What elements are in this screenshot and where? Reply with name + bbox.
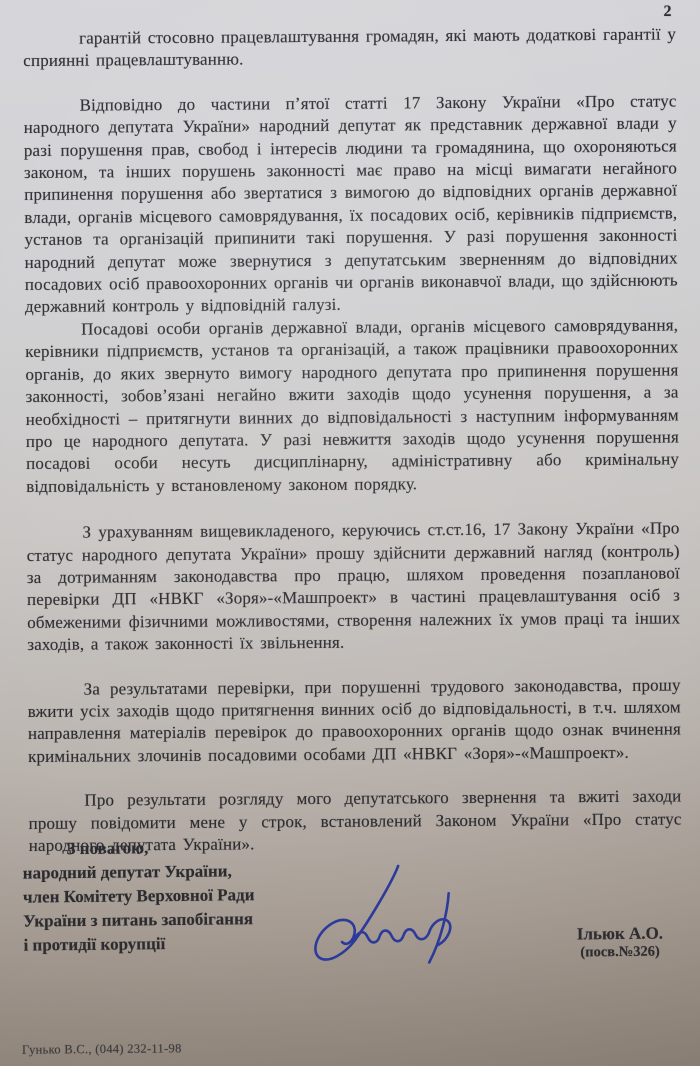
- handwritten-signature: [295, 853, 501, 988]
- paragraph: гарантій стосовно працевлаштування грома…: [23, 23, 676, 72]
- paragraph: Посадові особи органів державної влади, …: [25, 314, 679, 498]
- paragraph: З урахуванням вищевикладеного, керуючись…: [26, 518, 680, 657]
- letter-body: гарантій стосовно працевлаштування грома…: [23, 23, 682, 857]
- closing-block: З повагою, народний депутат України, чле…: [22, 834, 323, 957]
- signer-identity: Ільюк А.О. (посв.№326): [560, 923, 680, 961]
- signer-name: Ільюк А.О.: [560, 923, 680, 944]
- closing-line: і протидії корупції: [23, 930, 323, 957]
- closing-line: України з питань запобігання: [23, 906, 323, 933]
- closing-line: член Комітету Верховної Ради: [23, 882, 323, 909]
- paragraph: Відповідно до частини п’ятої статті 17 З…: [23, 90, 678, 319]
- closing-line: З повагою,: [66, 834, 322, 861]
- scanned-letter-page: 2 гарантій стосовно працевлаштування гро…: [0, 0, 700, 1066]
- closing-line: народний депутат України,: [23, 858, 323, 885]
- signer-credential: (посв.№326): [560, 943, 680, 961]
- paragraph: За результатами перевірки, при порушенні…: [28, 674, 682, 768]
- executor-contact: Гунько В.С., (044) 232-11-98: [22, 1041, 182, 1057]
- page-number: 2: [664, 3, 673, 21]
